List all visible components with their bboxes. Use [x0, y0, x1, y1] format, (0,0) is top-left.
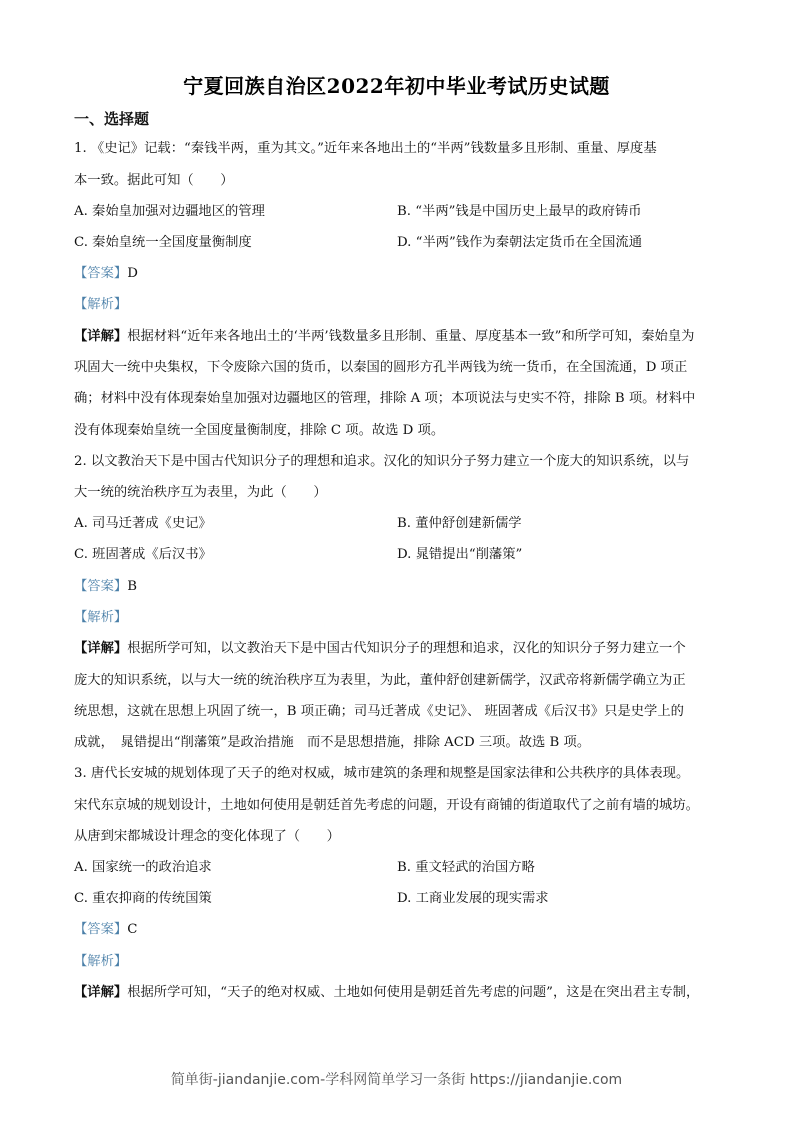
q1-detail-line-1: 【详解】根据材料“近年来各地出土的‘半两’钱数量多且形制、重量、厚度基本一致”和… — [74, 327, 694, 347]
q1-option-d: D. “半两”钱作为秦朝法定货币在全国流通 — [397, 233, 642, 253]
q2-detail-text-1: 根据所学可知，以文教治天下是中国古代知识分子的理想和追求，汉化的知识分子努力建立… — [127, 641, 685, 656]
q2-detail-line-4: 成就， 晁错提出“削藩策”是政治措施 而不是思想措施，排除 ACD 三项。故选 … — [74, 733, 590, 753]
q1-answer-value: D — [127, 266, 138, 281]
q1-stem-line-2: 本一致。据此可知（ ） — [74, 171, 234, 191]
q1-option-b: B. “半两”钱是中国历史上最早的政府铸币 — [397, 202, 642, 222]
document-page: 宁夏回族自治区2022年初中毕业考试历史试题 一、选择题 1. 《史记》记载：“… — [0, 0, 793, 1122]
q2-option-b: B. 董仲舒创建新儒学 — [397, 514, 522, 534]
q2-detail-line-3: 统思想，这就在思想上巩固了统一，B 项正确；司马迁著成《史记》、 班固著成《后汉… — [74, 702, 684, 722]
q3-stem-line-1: 3. 唐代长安城的规划体现了天子的绝对权威，城市建筑的条理和规整是国家法律和公共… — [74, 764, 689, 784]
q3-answer-value: C — [127, 922, 137, 937]
q2-option-d: D. 晁错提出“削藩策” — [397, 545, 522, 565]
q1-detail-line-3: 确；材料中没有体现秦始皇加强对边疆地区的管理，排除 A 项；本项说法与史实不符，… — [74, 389, 695, 409]
q1-detail-line-4: 没有体现秦始皇统一全国度量衡制度，排除 C 项。故选 D 项。 — [74, 421, 444, 441]
q3-stem-line-2: 宋代东京城的规划设计，土地如何使用是朝廷首先考虑的问题，开设有商铺的街道取代了之… — [74, 796, 699, 816]
detail-label: 【详解】 — [74, 641, 127, 656]
answer-label: 【答案】 — [74, 579, 127, 594]
q3-option-b: B. 重文轻武的治国方略 — [397, 858, 535, 878]
q3-option-d: D. 工商业发展的现实需求 — [397, 889, 549, 909]
q2-detail-line-2: 庞大的知识系统，以与大一统的统治秩序互为表里，为此，董仲舒创建新儒学，汉武帝将新… — [74, 671, 686, 691]
q2-answer-value: B — [127, 579, 137, 594]
q2-analysis-label: 【解析】 — [74, 608, 127, 628]
q2-option-c: C. 班固著成《后汉书》 — [74, 545, 212, 565]
document-title: 宁夏回族自治区2022年初中毕业考试历史试题 — [0, 70, 793, 99]
q3-analysis-label: 【解析】 — [74, 952, 127, 972]
answer-label: 【答案】 — [74, 922, 127, 937]
q1-option-a: A. 秦始皇加强对边疆地区的管理 — [74, 202, 265, 222]
q1-stem-line-1: 1. 《史记》记载：“秦钱半两，重为其文。”近年来各地出土的“半两”钱数量多且形… — [74, 139, 657, 159]
q2-stem-line-1: 2. 以文教治天下是中国古代知识分子的理想和追求。汉化的知识分子努力建立一个庞大… — [74, 452, 689, 472]
q1-analysis-label: 【解析】 — [74, 295, 127, 315]
footer-watermark: 简单街-jiandanjie.com-学科网简单学习一条街 https://ji… — [0, 1069, 793, 1089]
q3-detail-text-1: 根据所学可知，“天子的绝对权威、土地如何使用是朝廷首先考虑的问题”，这是在突出君… — [127, 985, 699, 1000]
answer-label: 【答案】 — [74, 266, 127, 281]
q1-answer: 【答案】D — [74, 264, 138, 284]
q1-option-c: C. 秦始皇统一全国度量衡制度 — [74, 233, 252, 253]
q2-option-a: A. 司马迁著成《史记》 — [74, 514, 212, 534]
q2-stem-line-2: 大一统的统治秩序互为表里，为此（ ） — [74, 483, 327, 503]
q2-answer: 【答案】B — [74, 577, 137, 597]
q1-detail-line-2: 巩固大一统中央集权，下令废除六国的货币，以秦国的圆形方孔半两钱为统一货币，在全国… — [74, 358, 687, 378]
detail-label: 【详解】 — [74, 329, 127, 344]
q3-answer: 【答案】C — [74, 920, 137, 940]
q3-option-c: C. 重农抑商的传统国策 — [74, 889, 212, 909]
q1-detail-text-1: 根据材料“近年来各地出土的‘半两’钱数量多且形制、重量、厚度基本一致”和所学可知… — [127, 329, 694, 344]
q3-stem-line-3: 从唐到宋都城设计理念的变化体现了（ ） — [74, 827, 340, 847]
detail-label: 【详解】 — [74, 985, 127, 1000]
q3-detail-line-1: 【详解】根据所学可知，“天子的绝对权威、土地如何使用是朝廷首先考虑的问题”，这是… — [74, 983, 699, 1003]
section-heading: 一、选择题 — [74, 108, 149, 129]
q3-option-a: A. 国家统一的政治追求 — [74, 858, 212, 878]
q2-detail-line-1: 【详解】根据所学可知，以文教治天下是中国古代知识分子的理想和追求，汉化的知识分子… — [74, 639, 686, 659]
